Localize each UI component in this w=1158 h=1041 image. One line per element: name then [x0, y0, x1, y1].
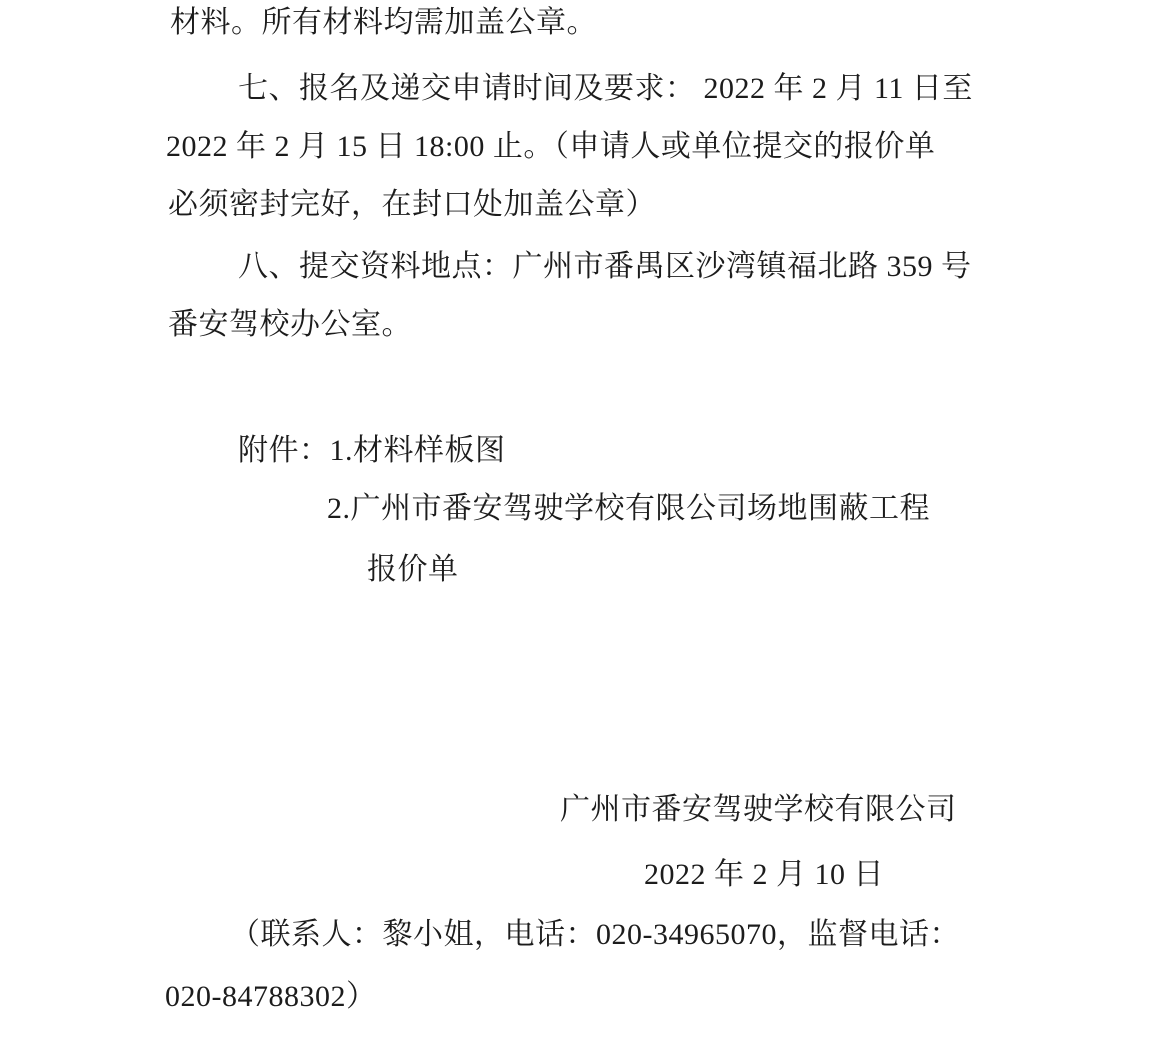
document-page: 材料。所有材料均需加盖公章。 七、报名及递交申请时间及要求： 2022 年 2 … — [0, 0, 1158, 1041]
body-line-address-continued: 番安驾校办公室。 — [168, 309, 412, 341]
contact-info-continued: 020-84788302） — [165, 981, 377, 1013]
body-line-sealing-requirement: 必须密封完好，在封口处加盖公章） — [168, 189, 656, 221]
contact-info-line: （联系人：黎小姐，电话：020-34965070，监督电话： — [230, 919, 960, 951]
section7-heading-registration-time: 七、报名及递交申请时间及要求： 2022 年 2 月 11 日至 — [238, 73, 973, 105]
signature-date: 2022 年 2 月 10 日 — [644, 859, 884, 891]
body-line-deadline-detail: 2022 年 2 月 15 日 18:00 止。（申请人或单位提交的报价单 — [166, 131, 935, 163]
attachment-list-item-1: 附件：1.材料样板图 — [238, 435, 506, 467]
signature-company-name: 广州市番安驾驶学校有限公司 — [560, 794, 957, 826]
section8-heading-submission-address: 八、提交资料地点：广州市番禺区沙湾镇福北路 359 号 — [238, 251, 972, 283]
body-line-stamp-requirement: 材料。所有材料均需加盖公章。 — [170, 7, 597, 39]
attachment-list-item-2: 2.广州市番安驾驶学校有限公司场地围蔽工程 — [327, 493, 930, 525]
attachment-item-2-continued: 报价单 — [367, 554, 459, 586]
